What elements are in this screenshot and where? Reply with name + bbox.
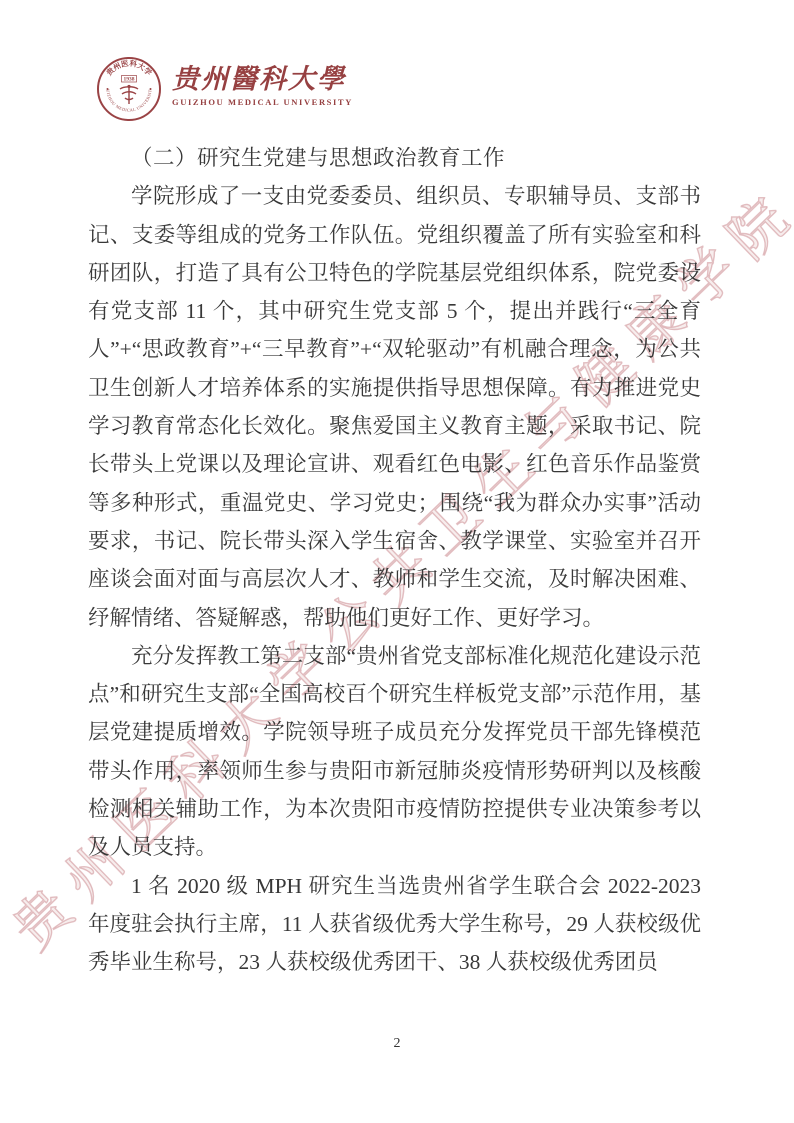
university-en-name: GUIZHOU MEDICAL UNIVERSITY [172, 97, 353, 107]
university-logo: 贵州医科大学 GUIZHOU MEDICAL UNIVERSITY 1938 贵… [96, 56, 353, 122]
document-body: （二）研究生党建与思想政治教育工作 学院形成了一支由党委委员、组织员、专职辅导员… [88, 139, 701, 982]
document-page: { "header": { "logo": { "seal_arc_top": … [0, 0, 794, 1123]
paragraph: 学院形成了一支由党委委员、组织员、专职辅导员、支部书记、支委等组成的党务工作队伍… [88, 177, 701, 637]
paragraph: 充分发挥教工第二支部“贵州省党支部标准化规范化建设示范点”和研究生支部“全国高校… [88, 637, 701, 867]
section-heading: （二）研究生党建与思想政治教育工作 [88, 139, 701, 177]
seal-arc-top-text: 贵州医科大学 [104, 58, 155, 78]
caduceus-icon [120, 85, 138, 104]
university-name-block: 贵州醫科大學 GUIZHOU MEDICAL UNIVERSITY [172, 56, 353, 107]
university-seal-icon: 贵州医科大学 GUIZHOU MEDICAL UNIVERSITY 1938 [96, 56, 162, 122]
seal-year-text: 1938 [124, 77, 135, 83]
svg-text:贵州医科大学: 贵州医科大学 [104, 58, 155, 78]
paragraph: 1 名 2020 级 MPH 研究生当选贵州省学生联合会 2022-2023 年… [88, 867, 701, 982]
university-cn-name: 贵州醫科大學 [172, 64, 353, 94]
page-number: 2 [0, 1036, 794, 1052]
